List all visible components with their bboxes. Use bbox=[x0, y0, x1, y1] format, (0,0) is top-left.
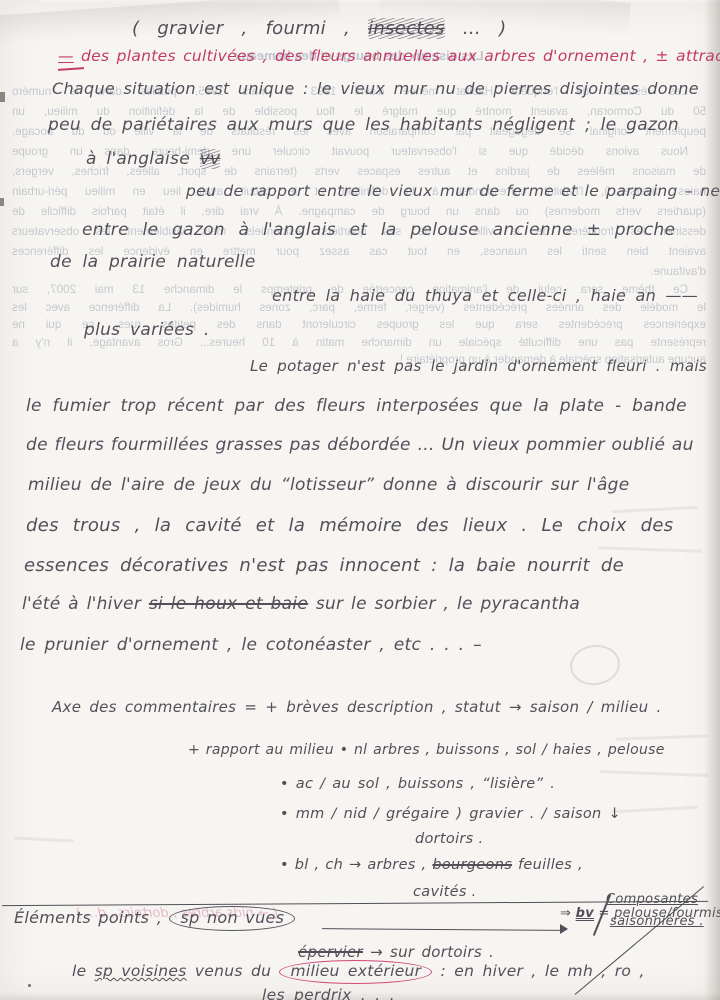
handwritten-line: ( gravier , fourmi , insectes … ) bbox=[132, 18, 506, 39]
handwritten-text: Chaque situation est unique : le vieux m… bbox=[52, 79, 699, 98]
pencil-dot bbox=[28, 984, 31, 987]
handwritten-text: feuilles , bbox=[512, 857, 583, 873]
handwritten-text: … ) bbox=[445, 18, 507, 39]
handwritten-line: entre la haie du thuya et celle-ci , hai… bbox=[272, 286, 698, 305]
handwritten-line: le prunier d'ornement , le cotonéaster ,… bbox=[20, 635, 482, 655]
handwritten-text: de fleurs fourmillées grasses pas débord… bbox=[26, 435, 694, 455]
handwritten-text: sur le sorbier , le pyracantha bbox=[308, 594, 580, 614]
handwritten-text: ( gravier , fourmi , bbox=[132, 18, 368, 39]
handwritten-line: l'été à l'hiver si le houx et baie sur l… bbox=[22, 594, 580, 614]
handwritten-text: ⇒ bbox=[560, 906, 576, 921]
handwritten-text: milieu de l'aire de jeux du “lotisseur” … bbox=[28, 475, 630, 495]
handwritten-scrib-segment: vv bbox=[200, 149, 221, 169]
handwritten-line: • bl , ch → arbres , bourgeons feuilles … bbox=[280, 857, 583, 873]
handwritten-text: à l'anglaise bbox=[86, 149, 200, 169]
handwritten-line: + rapport au milieu • nl arbres , buisso… bbox=[188, 742, 665, 758]
handwritten-line: peu de pariétaires aux murs que les habi… bbox=[48, 115, 679, 135]
scanned-handwritten-page: Les oiseaux des bourgs et des hameaux Le… bbox=[0, 0, 720, 1000]
handwritten-line: • mm / nid / grégaire ) gravier . / sais… bbox=[280, 806, 621, 822]
handwritten-line: Le potager n'est pas le jardin d'ornemen… bbox=[250, 357, 707, 375]
handwritten-strike-segment: épervier bbox=[298, 943, 363, 961]
handwritten-line: peu de rapport entre le vieux mur de fer… bbox=[186, 182, 720, 200]
handwritten-text: l'été à l'hiver bbox=[22, 594, 149, 614]
handwritten-line: Chaque situation est unique : le vieux m… bbox=[52, 79, 699, 98]
handwritten-line: milieu de l'aire de jeux du “lotisseur” … bbox=[28, 475, 630, 495]
handwritten-u-segment: Composantes bbox=[606, 892, 698, 907]
handwritten-text: : en hiver , le mh , ro , bbox=[432, 962, 644, 980]
handwritten-line: de la prairie naturelle bbox=[50, 252, 256, 272]
handwritten-line: saisonnières . bbox=[610, 914, 704, 929]
handwritten-line: essences décoratives n'est pas innocent … bbox=[24, 555, 624, 576]
handwritten-line: de fleurs fourmillées grasses pas débord… bbox=[26, 435, 694, 455]
handwritten-text: peu de pariétaires aux murs que les habi… bbox=[48, 115, 679, 135]
handwritten-line: épervier → sur dortoirs . bbox=[298, 943, 494, 961]
handwritten-text: • bl , ch → arbres , bbox=[280, 857, 432, 873]
handwritten-line: Composantes bbox=[606, 892, 698, 907]
scan-edge-mark bbox=[0, 198, 4, 206]
handwritten-scrib-segment: insectes bbox=[368, 18, 445, 39]
handwritten-text: des plantes cultivées , des fleurs annue… bbox=[74, 47, 720, 65]
handwritten-text: le fumier trop récent par des fleurs int… bbox=[26, 396, 687, 416]
handwritten-text: Axe des commentaires = + brèves descript… bbox=[52, 698, 662, 716]
scan-edge-mark bbox=[0, 92, 5, 102]
handwritten-text: + rapport au milieu • nl arbres , buisso… bbox=[188, 742, 665, 758]
handwritten-text: • ac / au sol , buissons , “lisière” . bbox=[280, 776, 555, 792]
page-bottom-edge-shadow bbox=[0, 992, 720, 1000]
handwritten-text: des trous , la cavité et la mémoire des … bbox=[26, 515, 673, 536]
handwritten-text: venus du bbox=[187, 962, 280, 980]
handwritten-strike-segment: si le houx et baie bbox=[149, 594, 308, 614]
handwritten-line: plus variées . bbox=[84, 320, 210, 340]
handwritten-circp-segment: milieu extérieur bbox=[279, 960, 432, 984]
handwritten-line: cavités . bbox=[413, 884, 477, 900]
handwritten-text: essences décoratives n'est pas innocent … bbox=[24, 555, 624, 576]
handwritten-u-segment: saisonnières . bbox=[610, 914, 704, 929]
handwritten-text: → sur dortoirs . bbox=[363, 943, 494, 961]
handwritten-text: Le potager n'est pas le jardin d'ornemen… bbox=[250, 357, 707, 375]
handwritten-line: dortoirs . bbox=[415, 831, 483, 847]
handwritten-line: Axe des commentaires = + brèves descript… bbox=[52, 698, 662, 716]
handwritten-text: de la prairie naturelle bbox=[50, 252, 256, 272]
handwritten-line: des trous , la cavité et la mémoire des … bbox=[26, 515, 673, 536]
handwritten-line: à l'anglaise vv bbox=[86, 149, 220, 169]
handwritten-text: • mm / nid / grégaire ) gravier . / sais… bbox=[280, 806, 621, 822]
handwritten-strike-segment: bourgeons bbox=[432, 857, 512, 873]
handwritten-text: entre la haie du thuya et celle-ci , hai… bbox=[272, 286, 698, 305]
handwritten-line: • ac / au sol , buissons , “lisière” . bbox=[280, 776, 555, 792]
handwritten-text: cavités . bbox=[413, 884, 477, 900]
handwritten-line: entre le gazon à l'anglais et la pelouse… bbox=[82, 220, 675, 240]
handwritten-text: le prunier d'ornement , le cotonéaster ,… bbox=[20, 635, 482, 655]
handwritten-text: dortoirs . bbox=[415, 831, 483, 847]
pink-annotation-line: — des plantes cultivées , des fleurs ann… bbox=[58, 47, 720, 65]
handwritten-circ-segment: sp non vues bbox=[169, 906, 295, 931]
handwritten-text: le bbox=[72, 962, 95, 980]
handwritten-text: peu de rapport entre le vieux mur de fer… bbox=[186, 182, 720, 200]
handwritten-u-segment: — bbox=[58, 47, 74, 65]
handwritten-uw-segment: sp voisines bbox=[95, 962, 187, 980]
long-arrow-head bbox=[560, 924, 568, 934]
handwritten-line: Éléments points , sp non vues bbox=[14, 908, 295, 929]
page-right-edge-shadow bbox=[704, 0, 720, 1000]
handwritten-text: entre le gazon à l'anglais et la pelouse… bbox=[82, 220, 675, 240]
handwritten-du-segment: bv bbox=[576, 906, 594, 921]
handwritten-text: plus variées . bbox=[84, 320, 210, 340]
handwritten-line: le fumier trop récent par des fleurs int… bbox=[26, 396, 687, 416]
handwriting-layer: ( gravier , fourmi , insectes … )— des p… bbox=[0, 0, 720, 1000]
handwritten-text: Éléments points , bbox=[14, 908, 169, 927]
handwritten-line: le sp voisines venus du milieu extérieur… bbox=[72, 962, 645, 982]
